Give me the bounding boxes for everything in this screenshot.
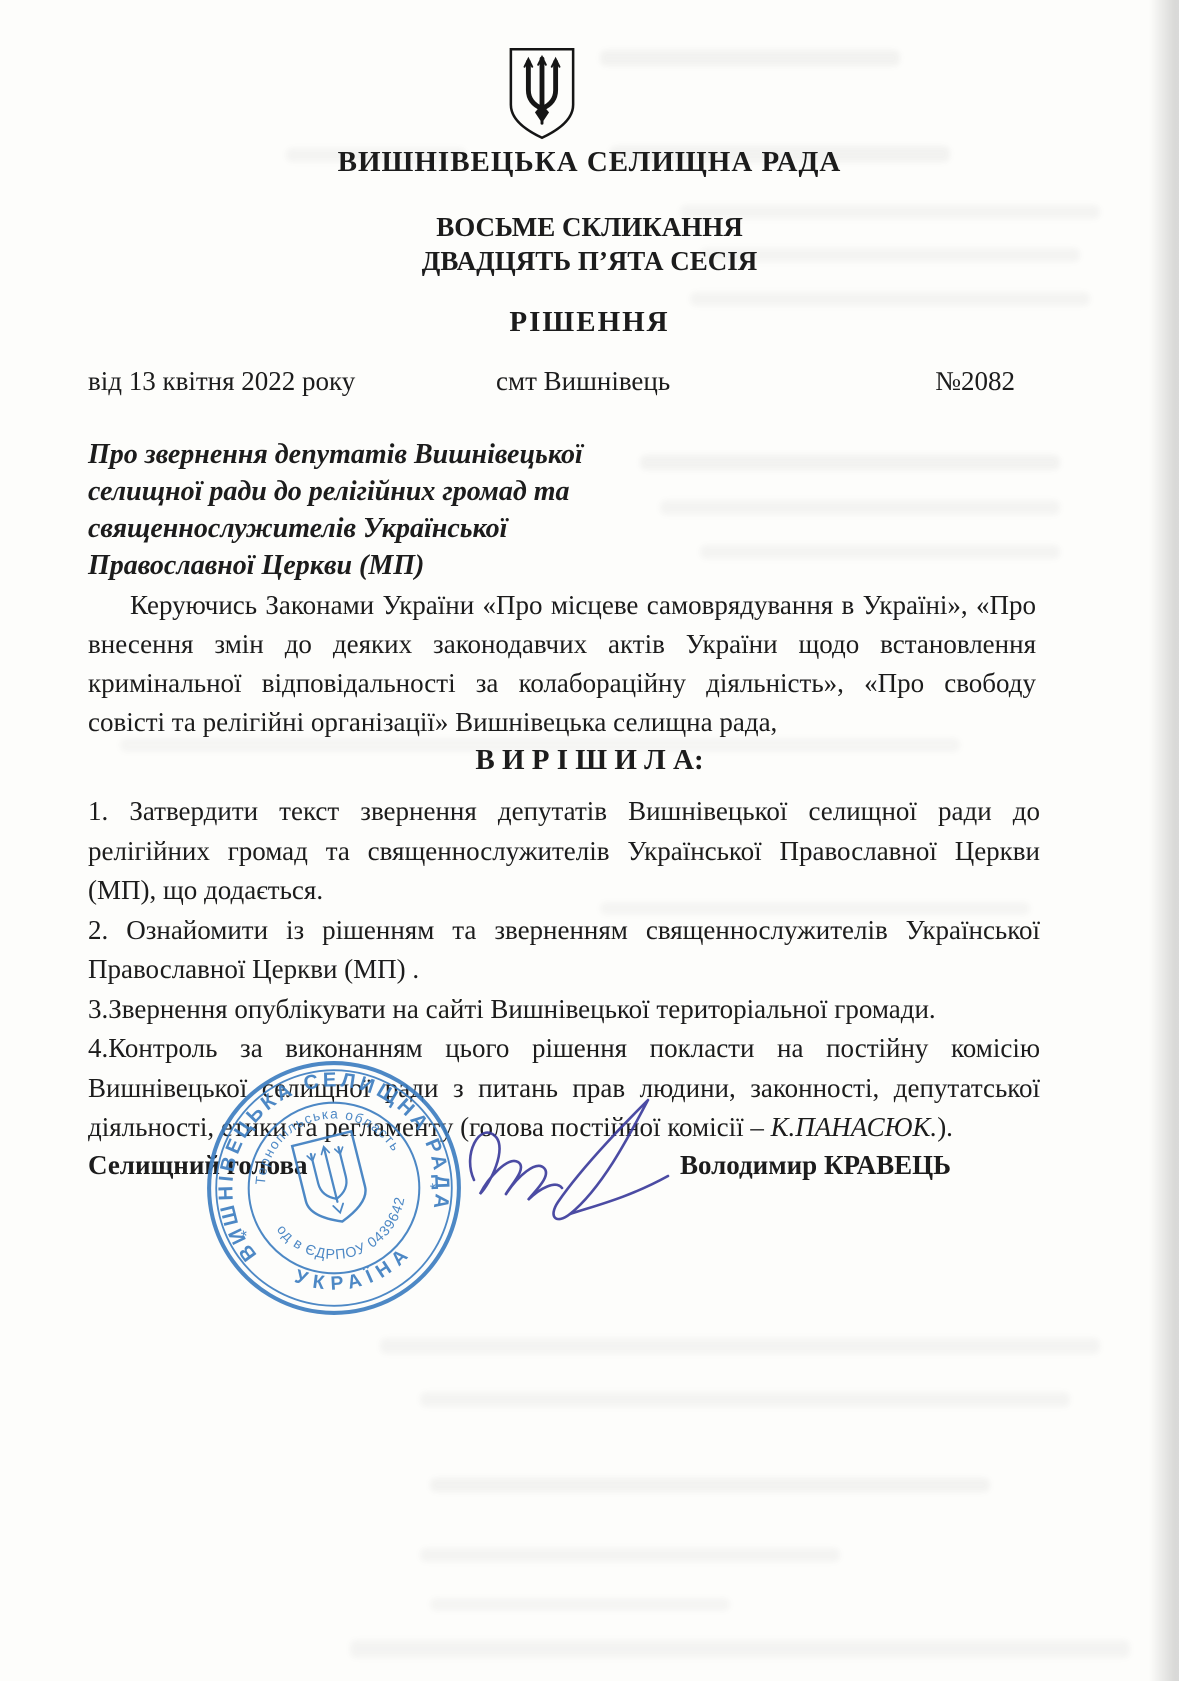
resolution-item-4-tail: ). xyxy=(937,1112,953,1142)
bleed-through-artifact xyxy=(350,1640,1130,1658)
commission-head-name: К.ПАНАСЮК. xyxy=(771,1112,938,1142)
convocation-line: ВОСЬМЕ СКЛИКАННЯ xyxy=(0,212,1179,243)
document-number: №2082 xyxy=(935,366,1015,397)
org-name: ВИШНІВЕЦЬКА СЕЛИЩНА РАДА xyxy=(0,146,1179,179)
bleed-through-artifact xyxy=(420,1548,840,1562)
bleed-through-artifact xyxy=(430,1478,990,1492)
session-line: ДВАДЦЯТЬ П’ЯТА СЕСІЯ xyxy=(0,246,1179,277)
dateline: від 13 квітня 2022 року смт Вишнівець №2… xyxy=(88,366,1015,397)
subject-line: священнослужителів Української xyxy=(88,510,648,547)
subject-block: Про звернення депутатів Вишнівецької сел… xyxy=(88,436,648,584)
resolved-heading: В И Р І Ш И Л А: xyxy=(0,744,1179,777)
preamble-paragraph: Керуючись Законами України «Про місцеве … xyxy=(88,586,1036,742)
resolution-item-3: 3.Звернення опублікувати на сайті Вишнів… xyxy=(88,990,1040,1030)
resolution-item-1: 1. Затвердити текст звернення депутатів … xyxy=(88,792,1040,911)
bleed-through-artifact xyxy=(690,292,1090,306)
bleed-through-artifact xyxy=(660,500,1060,515)
bleed-through-artifact xyxy=(700,545,1060,559)
handwritten-signature xyxy=(452,1080,687,1240)
stamp-trident-shield xyxy=(292,1131,372,1228)
resolution-item-2: 2. Ознайомити із рішенням та зверненням … xyxy=(88,911,1040,990)
document-page: ВИШНІВЕЦЬКА СЕЛИЩНА РАДА ВОСЬМЕ СКЛИКАНН… xyxy=(0,0,1179,1681)
document-type-title: РІШЕННЯ xyxy=(0,306,1179,339)
bleed-through-artifact xyxy=(380,1338,1100,1354)
bleed-through-artifact xyxy=(640,455,1060,470)
document-date: від 13 квітня 2022 року xyxy=(88,366,355,396)
bleed-through-artifact xyxy=(420,1392,1070,1407)
subject-line: селищної ради до релігійних громад та xyxy=(88,473,648,510)
document-place: смт Вишнівець xyxy=(496,366,670,397)
bleed-through-artifact xyxy=(600,50,900,66)
bleed-through-artifact xyxy=(430,1598,730,1611)
ukraine-trident-emblem xyxy=(506,46,578,142)
subject-line: Про звернення депутатів Вишнівецької xyxy=(88,436,648,473)
signer-name: Володимир КРАВЕЦЬ xyxy=(680,1150,951,1181)
subject-line: Православної Церкви (МП) xyxy=(88,547,648,584)
